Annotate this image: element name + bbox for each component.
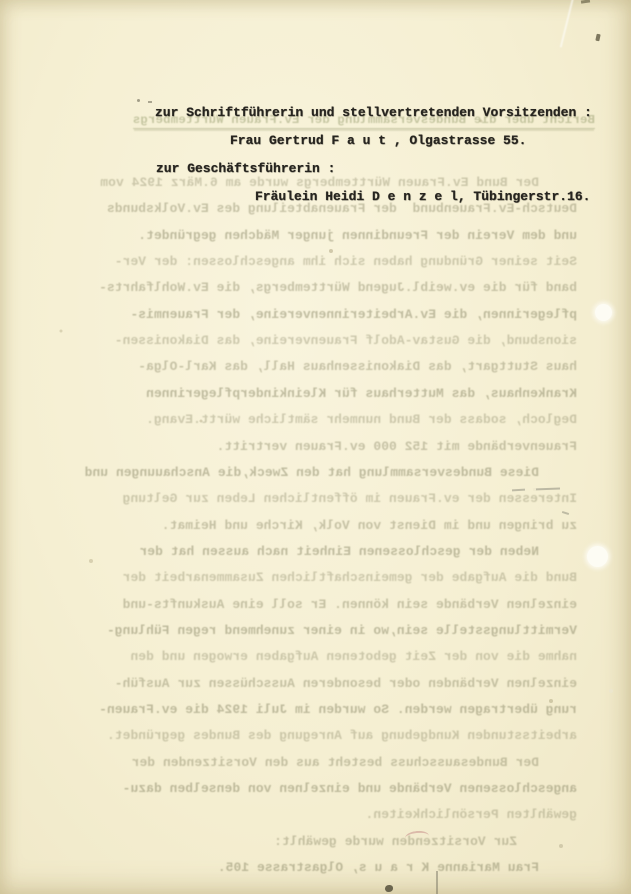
typed-text-block: zur Schriftführerin und stellvertretende… [0, 0, 631, 894]
typed-line-fraeulein-denzel: Fräulein Heidi D e n z e l, Tübingerstr.… [255, 189, 590, 204]
punch-hole-top [595, 304, 612, 321]
typed-line-frau-faut: Frau Gertrud F a u t , Olgastrasse 55. [230, 133, 526, 148]
typed-line-schriftfuehrerin: zur Schriftführerin und stellvertretende… [155, 105, 592, 120]
paper-texture-specks [0, 0, 2, 2]
typed-line-geschaeftsfuehrerin: zur Geschäftsführerin : [156, 161, 335, 176]
punch-hole-bottom [587, 546, 608, 567]
scanned-document-page: Bericht über die Bundesversammlung der E… [0, 0, 631, 894]
